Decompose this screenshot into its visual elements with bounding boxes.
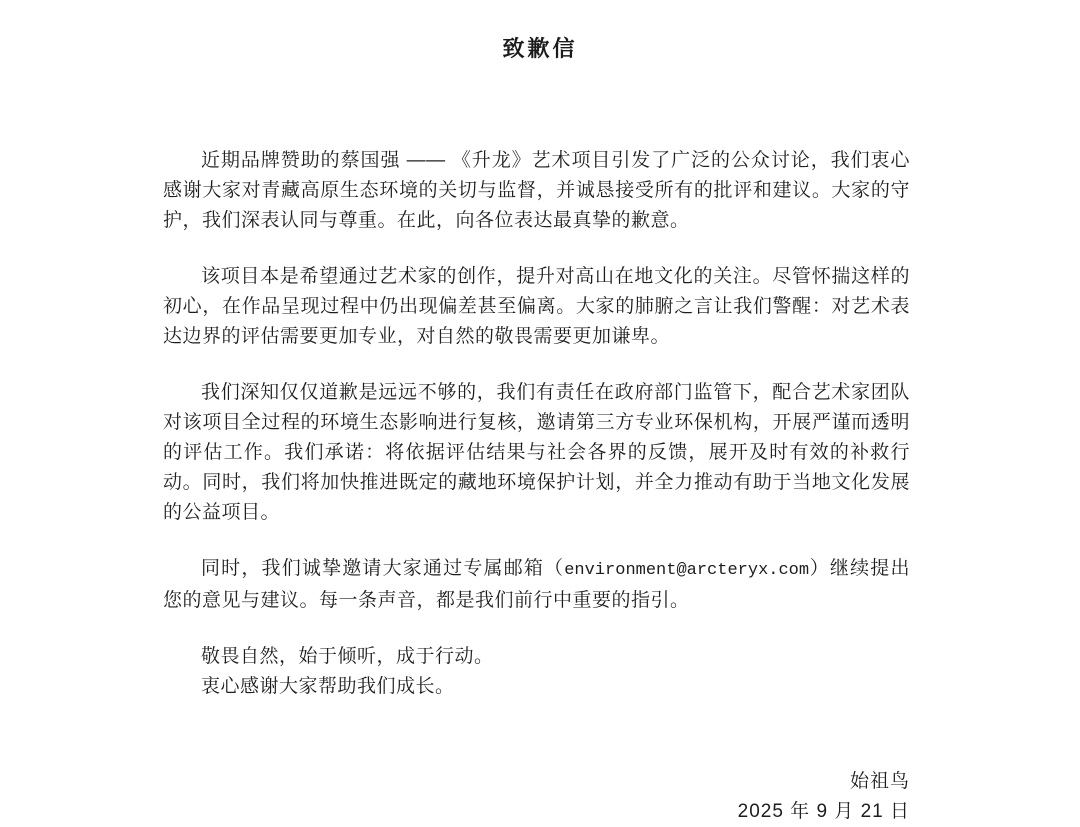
closing-line-nature: 敬畏自然，始于倾听，成于行动。 — [163, 642, 910, 672]
paragraph-intro-apology: 近期品牌赞助的蔡国强 —— 《升龙》艺术项目引发了广泛的公众讨论，我们衷心感谢大… — [163, 146, 910, 236]
paragraph-remedy-commitment: 我们深知仅仅道歉是远远不够的，我们有责任在政府部门监管下，配合艺术家团队对该项目… — [163, 378, 910, 528]
paragraph-project-intent: 该项目本是希望通过艺术家的创作，提升对高山在地文化的关注。尽管怀揣这样的初心，在… — [163, 262, 910, 352]
paragraph-feedback-before-email: 同时，我们诚挚邀请大家通过专属邮箱（ — [201, 558, 564, 579]
closing-line-thanks: 衷心感谢大家帮助我们成长。 — [163, 672, 910, 702]
contact-email: environment@arcteryx.com — [564, 561, 809, 580]
paragraph-feedback-invitation: 同时，我们诚挚邀请大家通过专属邮箱（environment@arcteryx.c… — [163, 554, 910, 616]
signature-brand-name: 始祖鸟 — [738, 767, 910, 797]
signature-block: 始祖鸟 2025 年 9 月 21 日 — [738, 767, 910, 827]
letter-body: 近期品牌赞助的蔡国强 —— 《升龙》艺术项目引发了广泛的公众讨论，我们衷心感谢大… — [163, 146, 910, 702]
letter-title: 致歉信 — [0, 32, 1080, 63]
signature-date: 2025 年 9 月 21 日 — [738, 797, 910, 827]
apology-letter-page: 致歉信 近期品牌赞助的蔡国强 —— 《升龙》艺术项目引发了广泛的公众讨论，我们衷… — [0, 0, 1080, 827]
